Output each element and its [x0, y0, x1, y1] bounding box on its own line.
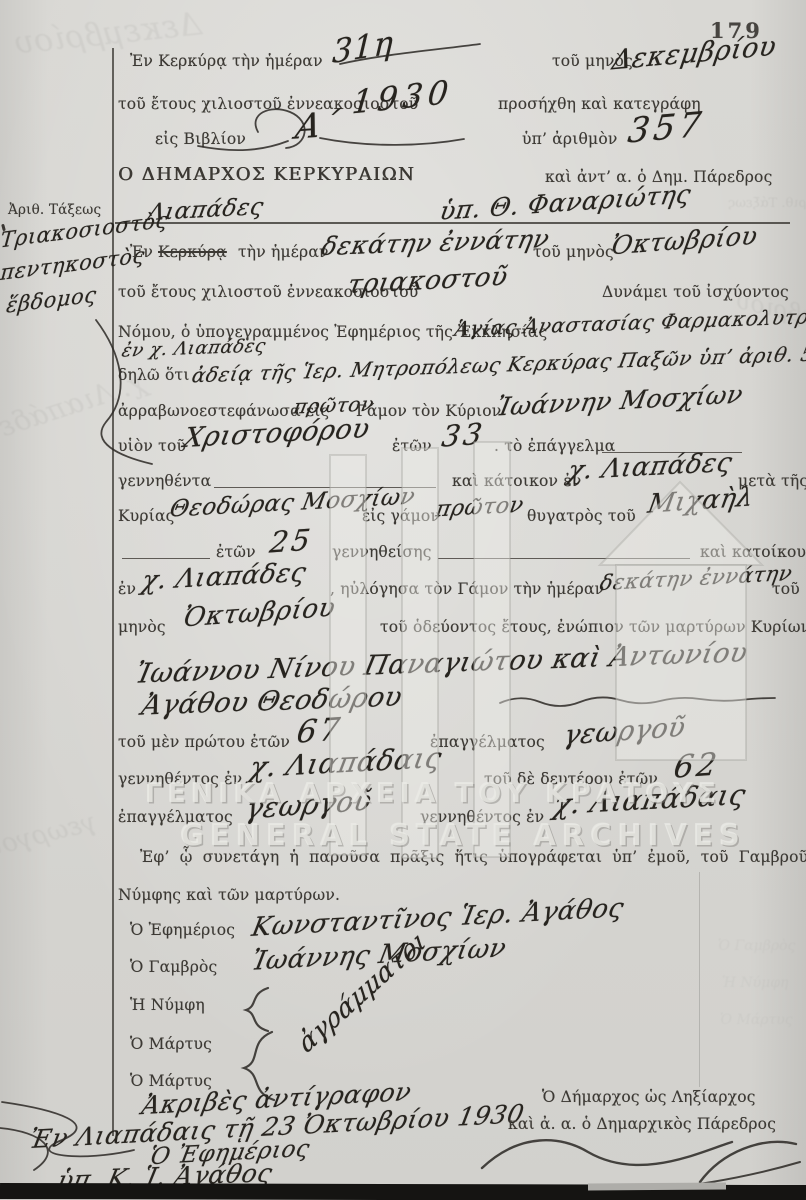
act-month-handwritten: Ὀκτωβρίου — [610, 221, 761, 261]
act-line1-struck-place: Κερκύρᾳ — [158, 243, 227, 261]
act-groom-age: 33 — [440, 416, 488, 453]
blank-birthplace-line — [438, 558, 690, 559]
act-wedding-month: Ὀκτωβρίου — [181, 592, 337, 633]
act-groom-name: Ἰωάννην Μοσχίων — [494, 379, 745, 421]
act-line9-pre: ἐτῶν — [216, 543, 256, 561]
reg-month-handwritten: Δεκεμβρίου — [610, 31, 779, 77]
act-line14-pre: ἐπαγγέλματος — [118, 808, 233, 826]
act-line6-mid: ἐτῶν — [392, 437, 432, 455]
reg-line1-pre: Ἐν Κερκύρᾳ τὴν ἡμέραν — [130, 52, 323, 70]
act-bride-father: Μιχαὴλ — [645, 482, 756, 520]
act-closing-line2: Νύμφης καὶ τῶν μαρτύρων. — [118, 886, 340, 904]
act-line9-post: καὶ κατοίκου — [700, 543, 806, 561]
act-line6-pre: υἱὸν τοῦ — [118, 437, 186, 455]
act-line9-mid: γεννηθείσης — [332, 543, 432, 561]
act-line10-pre: ἐν — [118, 580, 136, 598]
margin-order-label: Ἀριθ. Τάξεως — [8, 202, 101, 218]
scanned-marriage-record-page: Δεκεμβρίου Ἀριθ. Τάξεως χ. Λιαπάδες Ὀκτω… — [0, 0, 806, 1200]
act-bride-marriage-ordinal: πρῶτον — [434, 493, 526, 523]
act-witness2-occupation: γεωργοῦ — [243, 783, 374, 825]
witness1-label: Ὁ Μάρτυς — [130, 1035, 212, 1053]
act-line12-pre: τοῦ μὲν πρώτου ἐτῶν — [118, 733, 290, 751]
reg-book-handwritten: Α΄ — [292, 104, 342, 148]
act-line11-post: τοῦ ὁδεύοντος ἔτους, ἐνώπιον τῶν μαρτύρω… — [380, 618, 806, 636]
act-line14-mid: γεννηθέντος ἐν — [420, 808, 544, 826]
deputy-signature: ὑπ. Θ. Φαναριώτης — [438, 179, 694, 226]
reg-day-handwritten: 31η — [331, 23, 394, 71]
reg-line3-mid: ὑπ’ ἀριθμὸν — [522, 130, 617, 148]
act-line13-pre: γεννηθέντος ἐν — [118, 770, 242, 788]
bride-label: Ἡ Νύμφη — [130, 996, 205, 1014]
act-line8-mid2: θυγατρὸς τοῦ — [527, 507, 636, 525]
blank-line — [122, 558, 210, 559]
registrar-title-line1: Ὁ Δήμαρχος ὡς Ληξίαρχος — [542, 1088, 756, 1106]
mayor-title: Ο ΔΗΜΑΡΧΟΣ ΚΕΡΚΥΡΑΙΩΝ — [118, 164, 415, 185]
paper-fold-line — [699, 872, 700, 1087]
act-line10-mid: , ηὐλόγησα τὸν Γάμον τὴν ἡμέραν — [330, 580, 604, 598]
act-line7-mid: καὶ κάτοικον ἐν — [452, 472, 581, 490]
form-left-rule — [112, 48, 114, 1136]
act-line4-pre: δηλῶ ὅτι — [118, 366, 190, 384]
act-line8-mid: εἰς γάμον — [362, 507, 440, 525]
act-bride-residence: χ. Λιαπάδες — [139, 558, 309, 597]
act-witnesses-names-1: Ἰωάννου Νίνου Παναγιώτου καὶ Ἀντωνίου — [133, 637, 751, 690]
act-line1-pre: Ἐν — [130, 243, 153, 261]
act-day-handwritten: δεκάτην ἐννάτην — [319, 224, 552, 261]
act-bride-age: 25 — [268, 522, 316, 559]
act-line6-post: . τὸ ἐπάγγελμα — [494, 437, 615, 455]
act-wedding-day: δεκάτην ἐννάτην — [598, 561, 794, 595]
groom-label: Ὁ Γαμβρὸς — [130, 958, 217, 976]
priest-label: Ὁ Ἐφημέριος — [130, 921, 235, 939]
act-witness1-age: 67 — [294, 711, 344, 751]
act-line2-post: Δυνάμει τοῦ ἰσχύοντος — [602, 283, 789, 301]
act-church-handwritten: Ἁγίας Ἀναστασίας Φαρμακολυτρίας — [453, 303, 806, 341]
ink-speck — [1, 224, 6, 232]
act-line8-pre: Κυρίας — [118, 507, 175, 525]
act-closing-line1: Ἐφ’ ᾧ συνετάγη ἡ παροῦσα πρᾶξις ἥτις ὑπο… — [140, 848, 806, 866]
act-line11-pre: μηνὸς — [118, 618, 166, 636]
reg-year-handwritten: 1930 — [350, 72, 455, 121]
act-line1-mid2: τοῦ μηνὸς — [533, 243, 614, 261]
act-line12-mid: ἐπαγγέλματος — [430, 733, 545, 751]
reg-line3-pre: εἰς Βιβλίον — [155, 130, 246, 148]
margin-ordinal-3: ἕβδομος — [5, 282, 97, 318]
scan-edge-gap — [588, 1183, 726, 1191]
act-line7-pre: γεννηθέντα — [118, 472, 211, 490]
act-line10-post: τοῦ — [772, 580, 800, 598]
reg-number-handwritten: 357 — [626, 104, 708, 151]
registrar-title-line2: καὶ ἀ. α. ὁ Δημαρχικὸς Πάρεδρος — [508, 1115, 776, 1133]
act-witness1-occupation: γεωργοῦ — [561, 712, 688, 752]
act-church-village-insert: ἐν χ. Λιαπάδες — [120, 335, 268, 361]
act-year-handwritten: τριακοστοῦ — [345, 262, 510, 301]
act-line1-mid: τὴν ἡμέραν — [238, 243, 329, 261]
